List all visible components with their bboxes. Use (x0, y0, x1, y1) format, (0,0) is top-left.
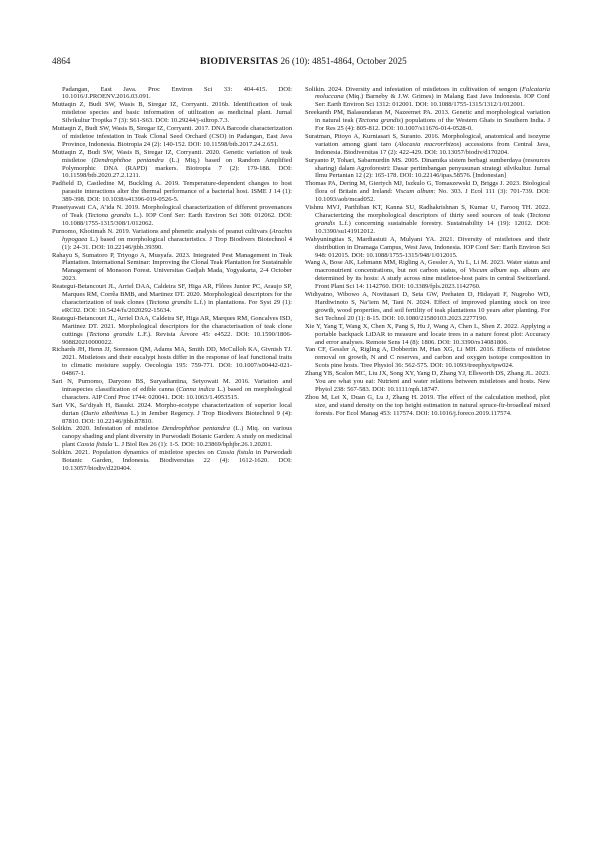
reference-text: Muttaqin Z, Budi SW, Wasis B, Siregar IZ… (52, 125, 292, 148)
reference-entry: Muttaqin Z, Budi SW, Wasis B, Siregar IZ… (52, 101, 292, 125)
reference-text: Solikin. 2021. Population dynamics of mi… (52, 449, 217, 456)
species-name: Dendrophthoe pentandra (94, 157, 164, 164)
reference-entry: Solikin. 2024. Diversity and infestation… (305, 86, 550, 110)
reference-text: Vishnu MVJ, Parthiban KT, Kanna SU, Radh… (305, 204, 550, 219)
reference-entry: Wang A, Bose AK, Lehmann MM, Rigling A, … (305, 259, 550, 291)
reference-entry: Prasetyawati CA, A’ida N. 2019. Morpholo… (52, 204, 292, 228)
reference-text: Muttaqin Z, Budi SW, Wasis B, Siregar IZ… (52, 101, 292, 124)
reference-entry: Reategui-Betancourt JL, Arriel DAA, Cald… (52, 315, 292, 347)
reference-text: Yan CF, Gessler A, Rigling A, Dobbertin … (305, 346, 550, 369)
reference-entry: Sari VK, Sa’diyah H, Basuki. 2024. Morph… (52, 402, 292, 426)
reference-text: Suryanto P, Tohari, Sabarnurdin MS. 2005… (305, 157, 550, 180)
reference-list-left: Muttaqin Z, Budi SW, Wasis B, Siregar IZ… (52, 101, 292, 473)
reference-entry: Xie Y, Yang T, Wang X, Chen X, Pang S, H… (305, 323, 550, 347)
reference-entry: Yan CF, Gessler A, Rigling A, Dobbertin … (305, 346, 550, 370)
reference-entry: Richards JH, Henn JJ, Sorenson QM, Adams… (52, 346, 292, 378)
species-name: Cassia fistula (77, 441, 113, 448)
reference-text: Solikin. 2024. Diversity and infestation… (305, 86, 522, 93)
reference-text: L.) based on morphological characteristi… (62, 236, 292, 251)
species-name: Viscum album (469, 267, 507, 274)
reference-text: Xie Y, Yang T, Wang X, Chen X, Pang S, H… (305, 323, 550, 346)
reference-text: L. J Biol Res 26 (1): 1-5. DOI: 10.23869… (113, 441, 273, 448)
reference-text: Purnomo, Khotimah N. 2019. Variations an… (52, 228, 272, 235)
reference-text: Zhou M, Lei X, Duan G, Lu J, Zhang H. 20… (305, 394, 550, 417)
reference-entry: Widiyatno, Wibowo A, Novitasari D, Seta … (305, 291, 550, 323)
species-name: Viscum album (395, 188, 433, 195)
reference-text: L.f.) concerning sustainable forestry. S… (315, 220, 550, 235)
species-name: Cassia fistula (217, 449, 254, 456)
reference-entry: Thomas PA, Dering M, Giertych MJ, Iszkul… (305, 180, 550, 204)
reference-entry: Muttaqin Z, Budi SW, Wasis B, Siregar IZ… (52, 149, 292, 181)
reference-text: Padfield D, Castledine M, Buckling A. 20… (52, 180, 292, 203)
species-name: Tectona grandis (89, 331, 134, 338)
reference-list-right: Solikin. 2024. Diversity and infestation… (305, 86, 550, 418)
species-name: Durio zibethinus (84, 410, 129, 417)
running-header: 4864 BIODIVERSITAS 26 (10): 4851-4864, O… (52, 56, 550, 70)
reference-entry: Sari N, Purnomo, Daryono BS, Suryadianti… (52, 378, 292, 402)
species-name: Tectona grandis (358, 117, 401, 124)
references-right-column: Solikin. 2024. Diversity and infestation… (305, 86, 550, 418)
reference-entry: Purnomo, Khotimah N. 2019. Variations an… (52, 228, 292, 252)
reference-text: Solikin. 2020. Infestation of mistletoe (52, 425, 162, 432)
reference-text: Wahyuningtias S, Mardiastuti A, Mulyani … (305, 236, 550, 259)
reference-entry: Sreekanth PM, Balasundaran M, Nazeemet P… (305, 109, 550, 133)
reference-entry: Muttaqin Z, Budi SW, Wasis B, Siregar IZ… (52, 125, 292, 149)
reference-entry: Zhou M, Lei X, Duan G, Lu J, Zhang H. 20… (305, 394, 550, 418)
reference-entry: Solikin. 2021. Population dynamics of mi… (52, 449, 292, 473)
species-name: Tectona grandis (88, 212, 131, 219)
reference-entry: Reategui-Betancourt JL, Arriel DAA, Cald… (52, 283, 292, 315)
reference-continuation: Padangan, East Java. Proc Environ Sci 33… (52, 86, 292, 102)
reference-text: (Miq.) Barneby & J.W. Grimes) in Malang … (315, 93, 550, 108)
reference-entry: Rahayu S, Sumatoro P, Triyogo A, Musyafa… (52, 252, 292, 284)
journal-citation-line: BIODIVERSITAS 26 (10): 4851-4864, Octobe… (200, 56, 407, 67)
reference-text: Widiyatno, Wibowo A, Novitasari D, Seta … (305, 291, 550, 322)
issue-info: 26 (10): 4851-4864, October 2025 (280, 56, 406, 66)
journal-name: BIODIVERSITAS (200, 56, 278, 67)
species-name: Tectona grandis (149, 299, 192, 306)
reference-entry: Padfield D, Castledine M, Buckling A. 20… (52, 180, 292, 204)
page-number: 4864 (52, 56, 70, 66)
species-name: Dendrophthoe pentandra (162, 425, 230, 432)
reference-entry: Suratman, Pitoyo A, Kurniasari S, Surant… (305, 133, 550, 157)
reference-text: Rahayu S, Sumatoro P, Triyogo A, Musyafa… (52, 252, 292, 283)
reference-entry: Wahyuningtias S, Mardiastuti A, Mulyani … (305, 236, 550, 260)
reference-text: Zhang YB, Scalon MC, Liu JX, Song XY, Ya… (305, 370, 550, 393)
reference-entry: Suryanto P, Tohari, Sabarnurdin MS. 2005… (305, 157, 550, 181)
reference-entry: Vishnu MVJ, Parthiban KT, Kanna SU, Radh… (305, 204, 550, 236)
reference-entry: Zhang YB, Scalon MC, Liu JX, Song XY, Ya… (305, 370, 550, 394)
species-name: Canna indica (179, 386, 215, 393)
references-left-column: Padangan, East Java. Proc Environ Sci 33… (52, 86, 292, 473)
reference-entry: Solikin. 2020. Infestation of mistletoe … (52, 425, 292, 449)
species-name: Alocasia macrorrhizos (397, 141, 459, 148)
reference-text: Richards JH, Henn JJ, Sorenson QM, Adams… (52, 346, 292, 377)
